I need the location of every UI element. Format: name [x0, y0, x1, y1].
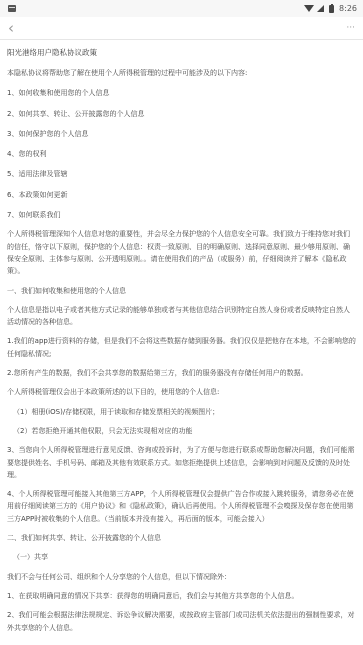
permission-item: （2）若您拒绝开通其他权限，只会无法实现相对应的功能	[7, 425, 356, 437]
signal-icon	[317, 5, 324, 12]
toc-item: 3、如何保护您的个人信息	[7, 128, 356, 140]
sharing-item: 1、在获取明确同意的情况下共享：获得您的明确同意后，我们会与其他方共享您的个人信…	[7, 590, 356, 602]
toc-item: 7、如何联系我们	[7, 209, 356, 221]
sharing-paragraph: 我们不会与任何公司、组织和个人分享您的个人信息，但以下情况除外：	[7, 571, 356, 583]
status-right: 8:26	[304, 4, 357, 13]
definition-paragraph: 个人信息是指以电子或者其他方式记录的能够单独或者与其他信息结合识别特定自然人身份…	[7, 304, 356, 329]
storage-paragraph: 1.我们的app进行资料的存储，但是我们不会将这些数据存储到服务器。我们仅仅是把…	[7, 335, 356, 360]
status-time: 8:26	[339, 4, 357, 13]
subsection-heading: （一）共享	[7, 551, 356, 563]
privacy-policy-content: 阳光港络用户隐私协议政策 本隐私协议将帮助您了解在使用个人所得税管理的过程中可能…	[0, 40, 363, 634]
section-heading: 二、我们如何共享、转让、公开披露您的个人信息	[7, 532, 356, 544]
third-party-paragraph: 4、个人所得税管理可能接入其他第三方APP，个人所得税管理仅会提供广告合作或接入…	[7, 488, 356, 525]
data-sharing-paragraph: 2.您所有产生的数据，我们不会共享您的数据给第三方，我们的服务器没有存储任何用户…	[7, 367, 356, 379]
intro-paragraph: 本隐私协议将帮助您了解在使用个人所得税管理的过程中可能涉及的以下内容:	[7, 67, 356, 79]
feedback-paragraph: 3、当您向个人所得税管理进行意见反馈、咨询或投诉时，为了方便与您进行联系或帮助您…	[7, 444, 356, 481]
toc-item: 1、如何收集和使用您的个人信息	[7, 87, 356, 99]
notification-icon	[8, 5, 16, 12]
sharing-item: 2、我们可能会根据法律法规规定、诉讼争议解决需要，或按政府主管部门或司法机关依法…	[7, 609, 356, 634]
toc-item: 5、适用法律及管辖	[7, 168, 356, 180]
section-heading: 一、我们如何收集和使用您的个人信息	[7, 285, 356, 297]
permission-item: （1）相册(iOS)/存储权限，用于读取和存储发票相关的视频图片；	[7, 406, 356, 418]
back-icon[interactable]: ‹	[8, 21, 14, 36]
toc-item: 6、本政策如何更新	[7, 189, 356, 201]
principles-paragraph: 个人所得税管理深知个人信息对您的重要性，并会尽全力保护您的个人信息安全可靠。我们…	[7, 228, 356, 277]
purpose-paragraph: 个人所得税管理仅会出于本政策所述的以下目的，使用您的个人信息:	[7, 386, 356, 398]
toc-item: 2、如何共享、转让、公开披露您的个人信息	[7, 108, 356, 120]
document-title: 阳光港络用户隐私协议政策	[7, 47, 356, 59]
nav-bar: ‹ ···	[0, 17, 363, 40]
toc-item: 4、您的权利	[7, 148, 356, 160]
battery-icon	[329, 5, 334, 13]
status-left	[8, 5, 16, 12]
wifi-icon	[304, 5, 314, 12]
more-options-icon[interactable]: ···	[346, 23, 355, 33]
status-bar: 8:26	[0, 0, 363, 17]
